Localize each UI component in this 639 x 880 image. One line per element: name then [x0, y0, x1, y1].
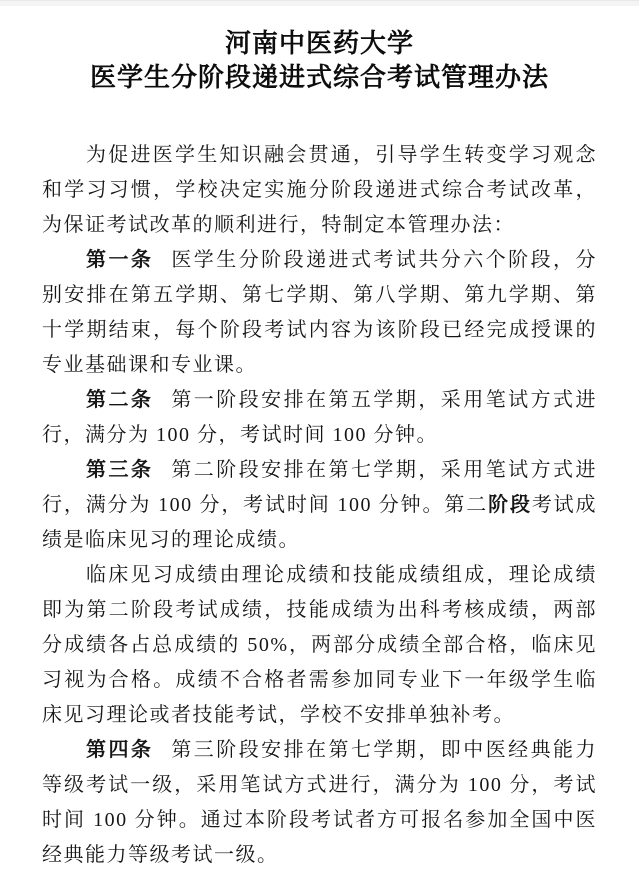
document-title: 河南中医药大学 医学生分阶段递进式综合考试管理办法 — [42, 27, 597, 95]
document-page: 河南中医药大学 医学生分阶段递进式综合考试管理办法 为促进医学生知识融会贯通，引… — [0, 6, 639, 873]
paragraph: 第三条第二阶段安排在第七学期，采用笔试方式进行，满分为 100 分，考试时间 1… — [42, 453, 597, 558]
text-run: 临床见习成绩由理论成绩和技能成绩组成，理论成绩即为第二阶段考试成绩，技能成绩为出… — [42, 564, 597, 726]
paragraph: 第一条医学生分阶段递进式考试共分六个阶段，分别安排在第五学期、第七学期、第八学期… — [42, 243, 597, 383]
paragraph: 临床见习成绩由理论成绩和技能成绩组成，理论成绩即为第二阶段考试成绩，技能成绩为出… — [42, 558, 597, 733]
title-line-2: 医学生分阶段递进式综合考试管理办法 — [42, 61, 597, 95]
bold-text-run: 阶段 — [488, 494, 532, 516]
paragraph: 为促进医学生知识融会贯通，引导学生转变学习观念和学习习惯，学校决定实施分阶段递进… — [42, 138, 597, 243]
article-label: 第一条 — [86, 249, 153, 271]
article-label: 第二条 — [86, 389, 153, 411]
document-viewer: 河南中医药大学 医学生分阶段递进式综合考试管理办法 为促进医学生知识融会贯通，引… — [0, 0, 639, 873]
text-run: 为促进医学生知识融会贯通，引导学生转变学习观念和学习习惯，学校决定实施分阶段递进… — [42, 144, 597, 236]
title-line-1: 河南中医药大学 — [42, 27, 597, 61]
paragraph: 第四条第三阶段安排在第七学期，即中医经典能力等级考试一级，采用笔试方式进行，满分… — [42, 733, 597, 873]
document-body: 为促进医学生知识融会贯通，引导学生转变学习观念和学习习惯，学校决定实施分阶段递进… — [42, 138, 597, 873]
paragraph: 第二条第一阶段安排在第五学期，采用笔试方式进行，满分为 100 分，考试时间 1… — [42, 383, 597, 453]
article-label: 第四条 — [86, 739, 153, 761]
article-label: 第三条 — [86, 459, 153, 481]
